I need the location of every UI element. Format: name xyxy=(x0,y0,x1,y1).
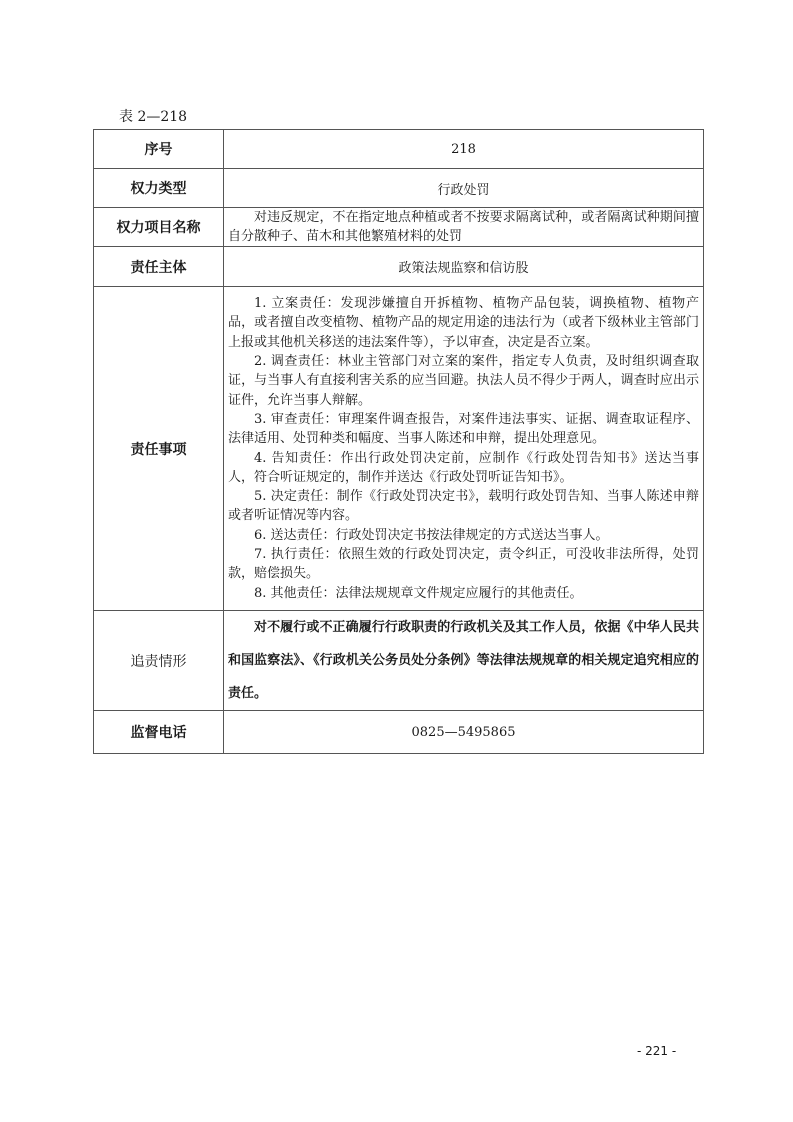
table-row-accountability: 追责情形 对不履行或不正确履行行政职责的行政机关及其工作人员，依据《中华人民共和… xyxy=(94,611,704,711)
accountability-value: 对不履行或不正确履行行政职责的行政机关及其工作人员，依据《中华人民共和国监察法》… xyxy=(224,611,703,710)
table-row-serial: 序号 218 xyxy=(94,130,704,169)
accountability-label: 追责情形 xyxy=(94,611,224,711)
item-name-label: 权力项目名称 xyxy=(94,208,224,247)
table-row-item-name: 权力项目名称 对违反规定，不在指定地点种植或者不按要求隔离试种，或者隔离试种期间… xyxy=(94,208,704,247)
accountability-cell: 对不履行或不正确履行行政职责的行政机关及其工作人员，依据《中华人民共和国监察法》… xyxy=(224,611,704,711)
duty-item: 6. 送达责任：行政处罚决定书按法律规定的方式送达当事人。 xyxy=(224,526,703,545)
serial-label: 序号 xyxy=(94,130,224,169)
table-row-duties: 责任事项 1. 立案责任：发现涉嫌擅自开拆植物、植物产品包装，调换植物、植物产品… xyxy=(94,287,704,611)
duties-label: 责任事项 xyxy=(94,287,224,611)
table-row-hotline: 监督电话 0825—5495865 xyxy=(94,711,704,754)
hotline-label: 监督电话 xyxy=(94,711,224,754)
table-row-power-type: 权力类型 行政处罚 xyxy=(94,169,704,208)
subject-label: 责任主体 xyxy=(94,247,224,287)
duty-item: 3. 审查责任：审理案件调查报告，对案件违法事实、证据、调查取证程序、法律适用、… xyxy=(224,410,703,449)
duty-item: 5. 决定责任：制作《行政处罚决定书》，载明行政处罚告知、当事人陈述申辩或者听证… xyxy=(224,487,703,526)
duty-item: 8. 其他责任：法律法规规章文件规定应履行的其他责任。 xyxy=(224,584,703,603)
item-name-value: 对违反规定，不在指定地点种植或者不按要求隔离试种，或者隔离试种期间擅自分散种子、… xyxy=(224,208,703,246)
duty-item: 7. 执行责任：依照生效的行政处罚决定，责令纠正，可没收非法所得，处罚款，赔偿损… xyxy=(224,545,703,584)
power-responsibility-table: 序号 218 权力类型 行政处罚 权力项目名称 对违反规定，不在指定地点种植或者… xyxy=(93,129,704,754)
serial-value: 218 xyxy=(224,130,704,169)
table-caption: 表 2—218 xyxy=(119,106,187,126)
duty-item: 1. 立案责任：发现涉嫌擅自开拆植物、植物产品包装，调换植物、植物产品，或者擅自… xyxy=(224,294,703,352)
item-name-cell: 对违反规定，不在指定地点种植或者不按要求隔离试种，或者隔离试种期间擅自分散种子、… xyxy=(224,208,704,247)
hotline-value: 0825—5495865 xyxy=(224,711,704,754)
duty-item: 4. 告知责任：作出行政处罚决定前，应制作《行政处罚告知书》送达当事人，符合听证… xyxy=(224,449,703,488)
power-type-value: 行政处罚 xyxy=(224,169,704,208)
table-row-subject: 责任主体 政策法规监察和信访股 xyxy=(94,247,704,287)
duties-cell: 1. 立案责任：发现涉嫌擅自开拆植物、植物产品包装，调换植物、植物产品，或者擅自… xyxy=(224,287,704,611)
page-number: - 221 - xyxy=(637,1044,676,1058)
duty-item: 2. 调查责任：林业主管部门对立案的案件，指定专人负责，及时组织调查取证，与当事… xyxy=(224,352,703,410)
power-type-label: 权力类型 xyxy=(94,169,224,208)
subject-value: 政策法规监察和信访股 xyxy=(224,247,704,287)
